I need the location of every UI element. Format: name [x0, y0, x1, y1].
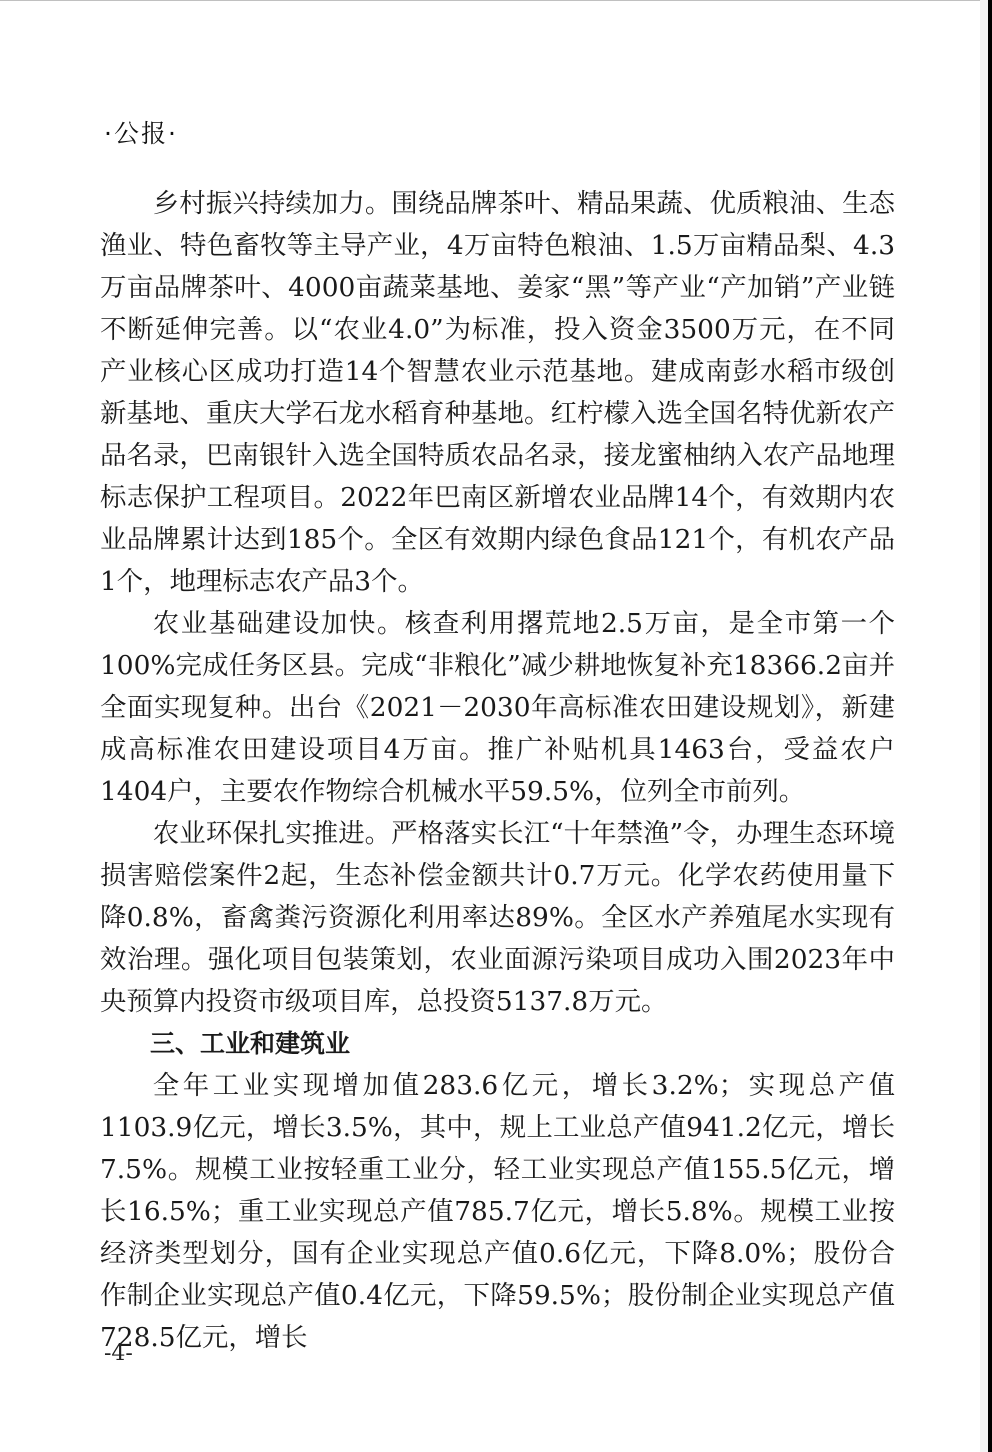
document-body: 乡村振兴持续加力。围绕品牌茶叶、精品果蔬、优质粮油、生态渔业、特色畜牧等主导产业… [100, 183, 895, 1359]
paragraph-agricultural-environment: 农业环保扎实推进。严格落实长江“十年禁渔”令，办理生态环境损害赔偿案件2起，生态… [100, 813, 895, 1023]
paragraph-rural-revitalization: 乡村振兴持续加力。围绕品牌茶叶、精品果蔬、优质粮油、生态渔业、特色畜牧等主导产业… [100, 183, 895, 603]
page-edge-shadow [980, 0, 988, 1452]
document-page: ·公报· 乡村振兴持续加力。围绕品牌茶叶、精品果蔬、优质粮油、生态渔业、特色畜牧… [0, 0, 980, 1452]
paragraph-agricultural-infrastructure: 农业基础建设加快。核查利用撂荒地2.5万亩，是全市第一个100%完成任务区县。完… [100, 603, 895, 813]
paragraph-industrial-output: 全年工业实现增加值283.6亿元，增长3.2%；实现总产值1103.9亿元，增长… [100, 1065, 895, 1359]
window-edge-border [988, 0, 992, 1452]
section-title-industry-construction: 三、工业和建筑业 [100, 1023, 895, 1065]
page-number: -4- [104, 1341, 133, 1366]
bulletin-header: ·公报· [104, 114, 178, 150]
